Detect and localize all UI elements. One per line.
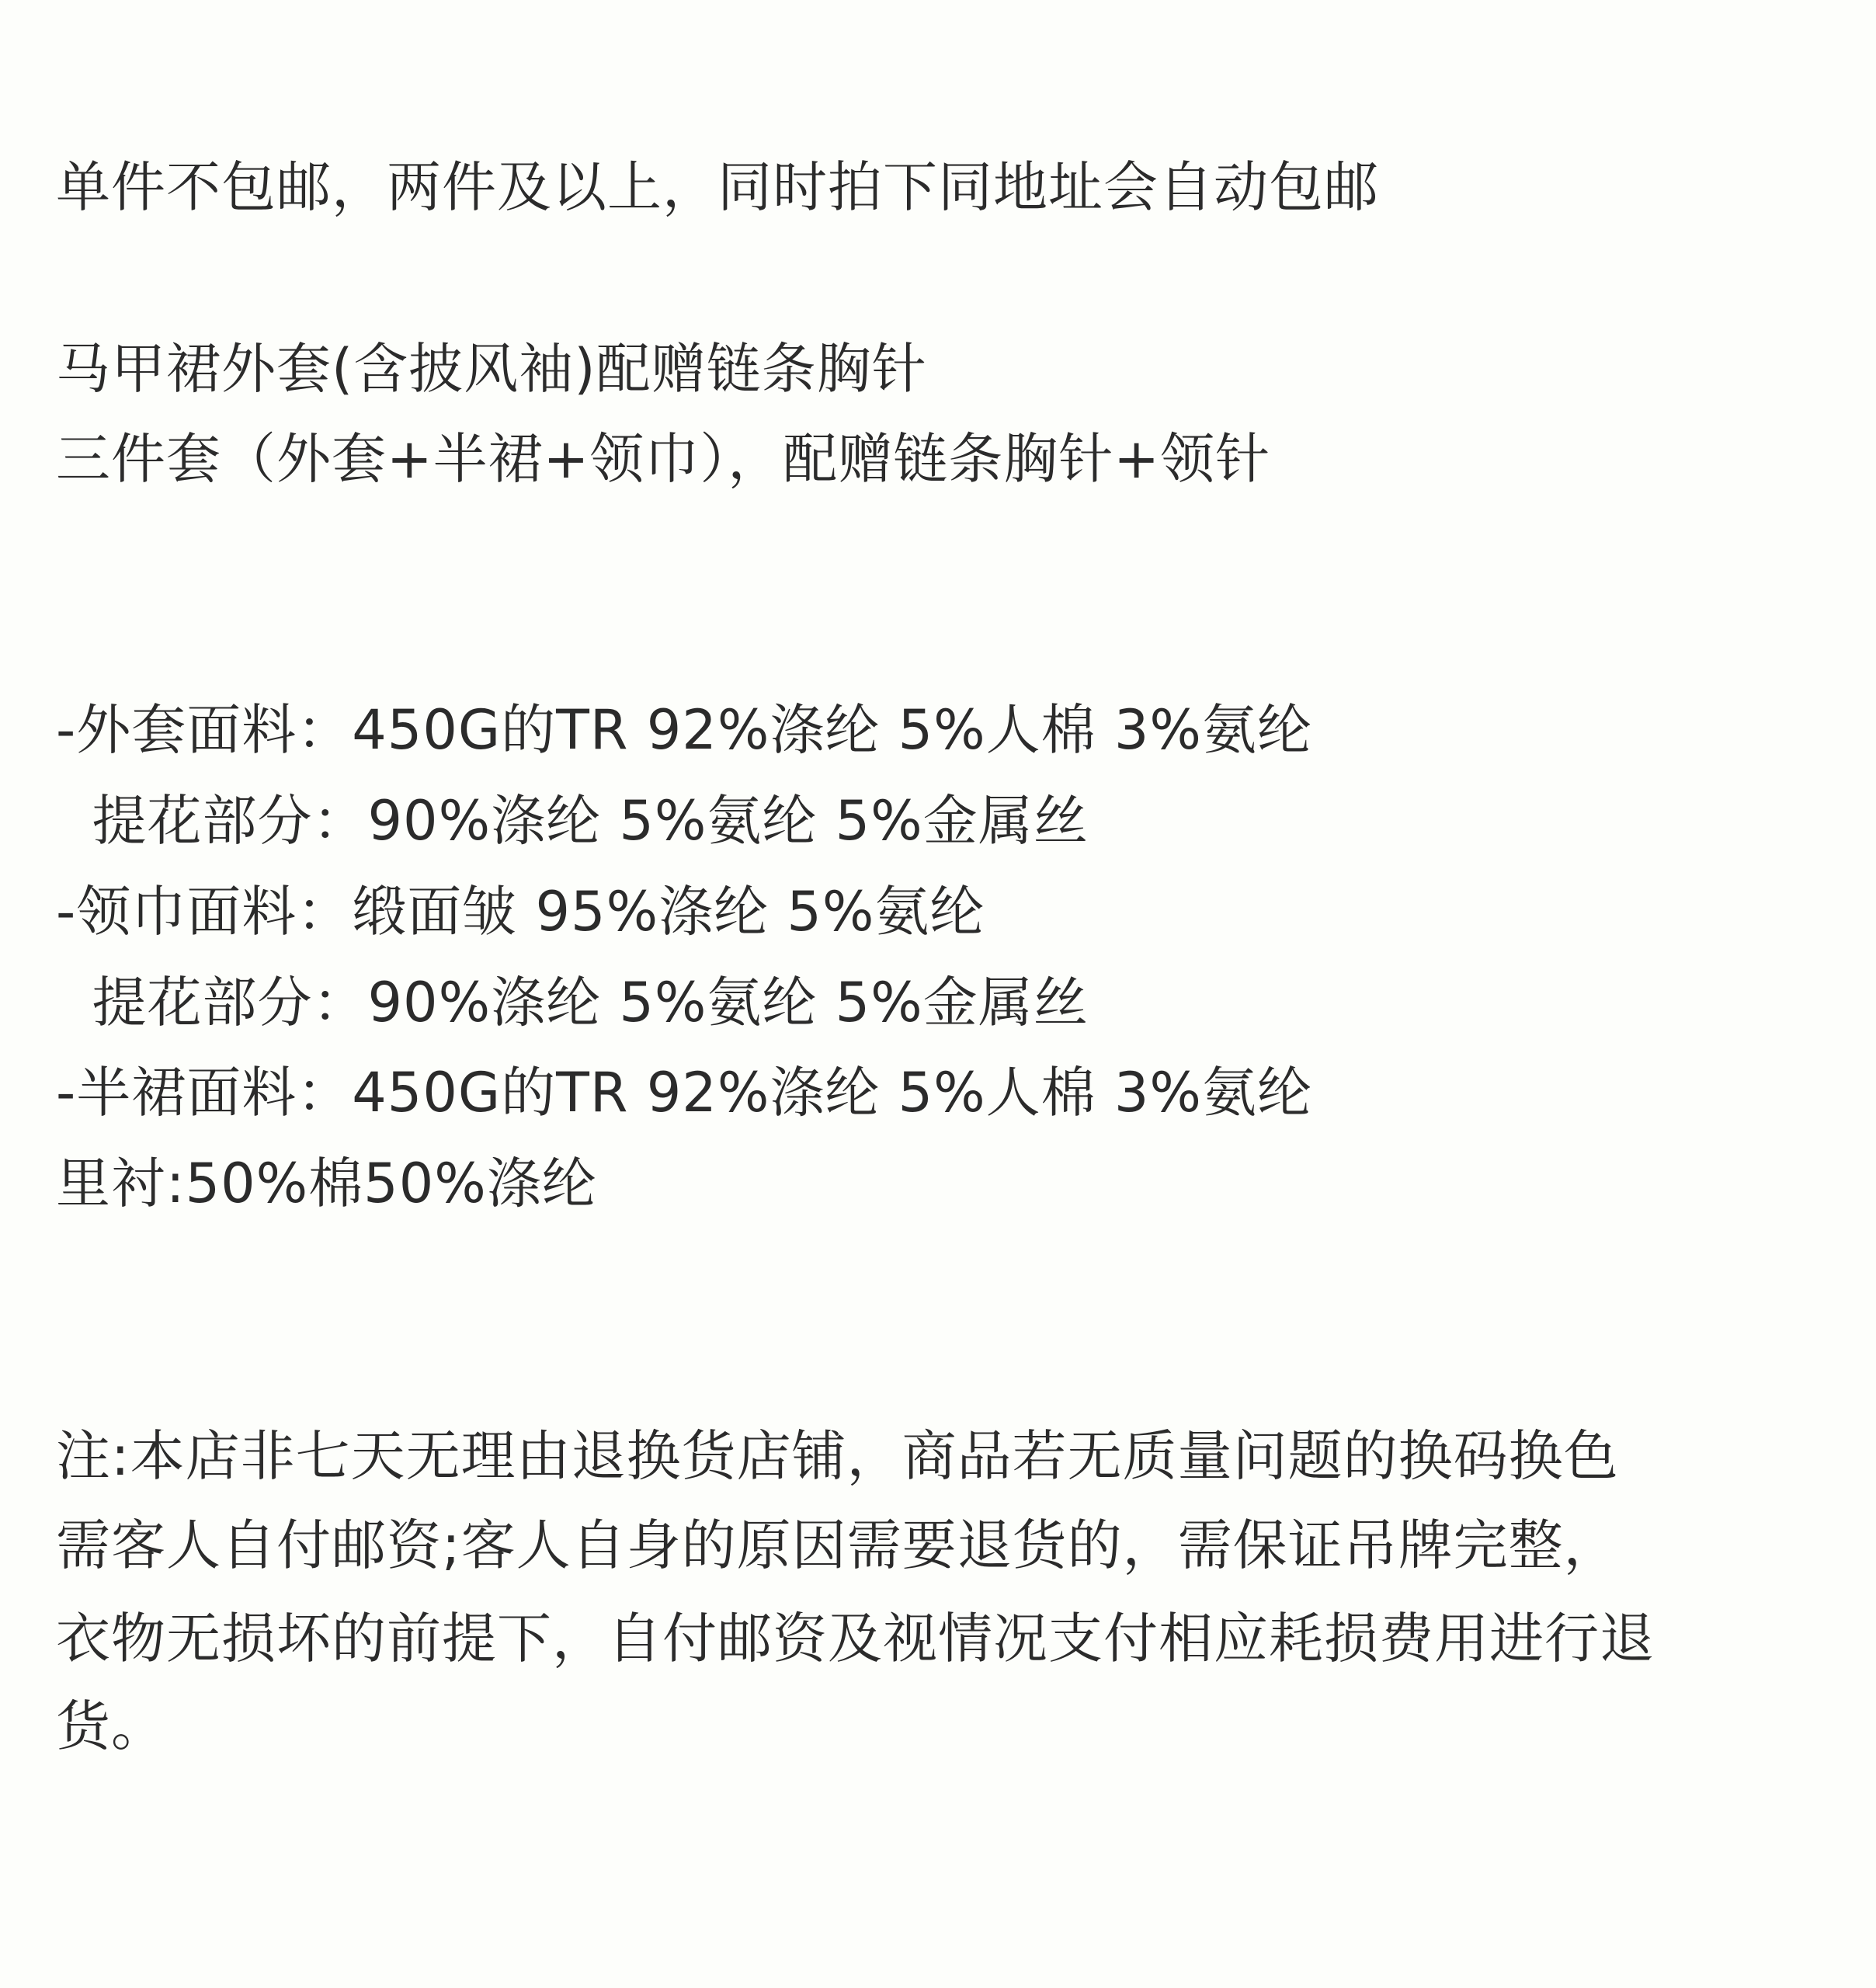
shipping-policy: 单件不包邮，两件及以上，同时拍下同地址会自动包邮 [56,160,1379,214]
offer-vest-skirt: 马甲裙外套(含披风袖)配赠链条胸针 [56,342,927,396]
fabric-scarf-jacquard: 提花部分：90%涤纶 5%氨纶 5%金属丝 [56,975,1089,1030]
fabric-scarf: -领巾面料：缎面皱 95%涤纶 5%氨纶 [56,885,985,939]
fabric-coat-jacquard: 提花部分：90%涤纶 5%氨纶 5%金属丝 [56,794,1089,848]
fabric-lining: 里衬:50%棉50%涤纶 [56,1156,597,1211]
fabric-coat: -外套面料：450G的TR 92%涤纶 5%人棉 3%氨纶 [56,703,1312,757]
return-note-line-3: 衣物无损坏的前提下，自付邮资及视情况支付相应耗损费用进行退 [56,1611,1655,1666]
fabric-skirt: -半裙面料：450G的TR 92%涤纶 5%人棉 3%氨纶 [56,1065,1312,1120]
return-note-line-4: 货。 [56,1699,166,1753]
return-note-line-1: 注:本店非七天无理由退换货店铺，商品若无质量问题的换码换色 [56,1429,1619,1483]
offer-three-piece: 三件套（外套+半裙+领巾），配赠链条胸针+领针 [56,432,1270,486]
return-note-line-2: 需客人自付邮资;客人自身的原因需要退货的，需保证吊牌完整， [56,1518,1619,1573]
